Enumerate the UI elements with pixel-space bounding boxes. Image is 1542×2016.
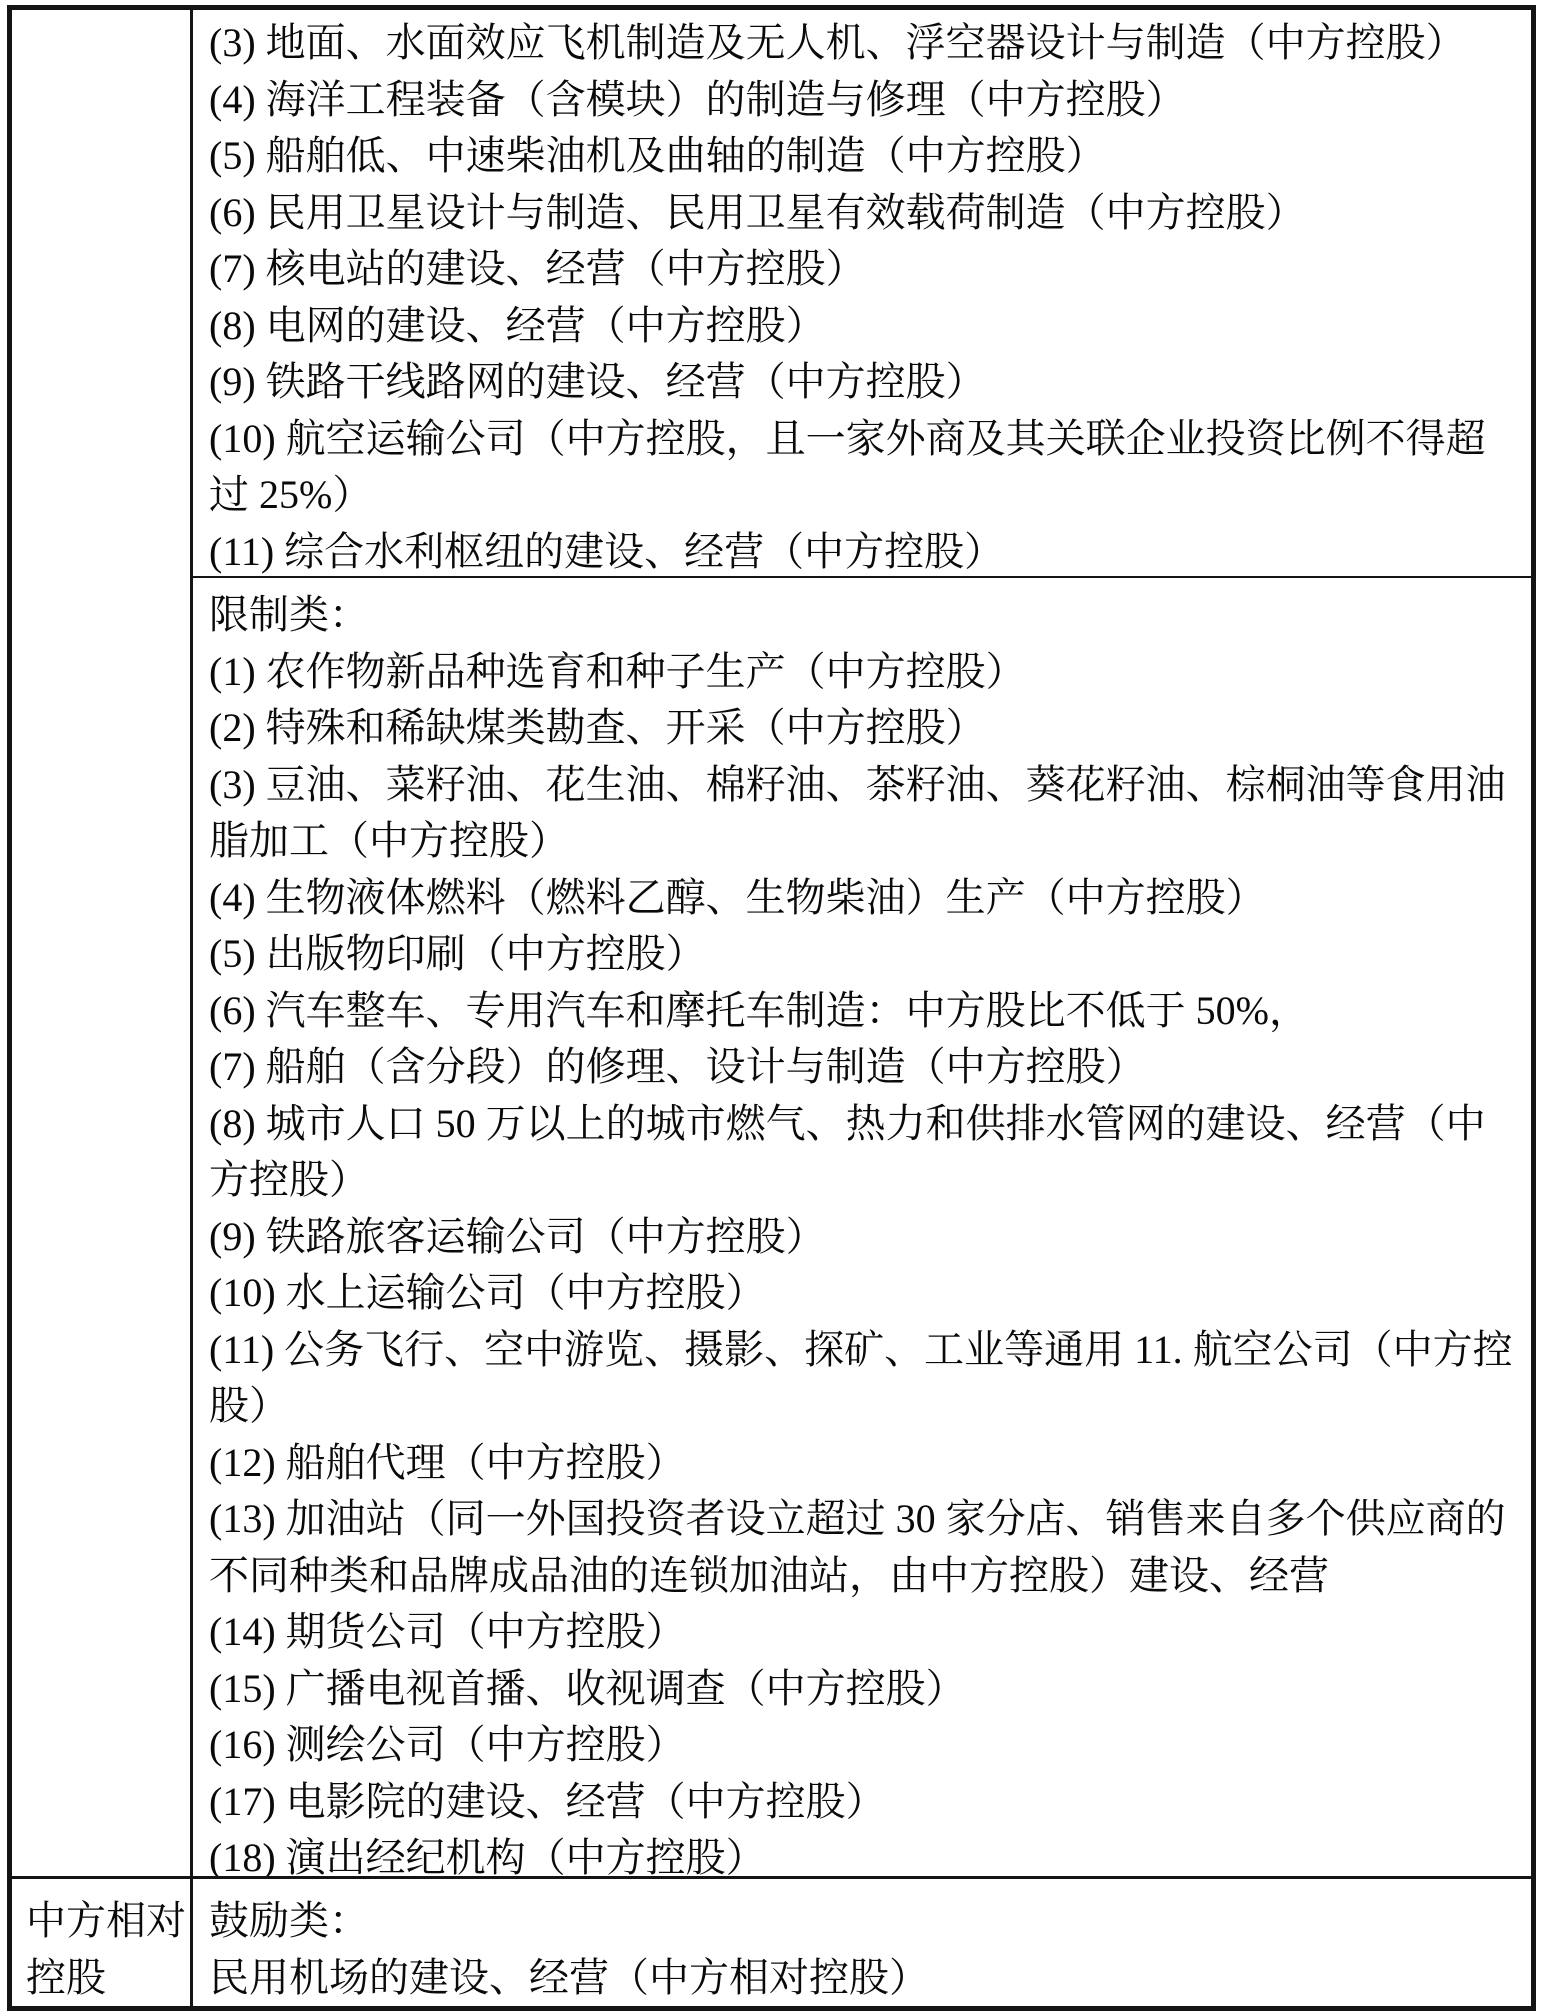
encouraged-category-header: 鼓励类：	[209, 1893, 1515, 1950]
row-label-cell-relative-majority: 中方相对控股	[12, 1879, 193, 2006]
list-item: (5) 出版物印刷（中方控股）	[209, 926, 1515, 983]
row-label-cell-empty	[12, 10, 193, 1879]
list-item: (1) 农作物新品种选育和种子生产（中方控股）	[209, 644, 1515, 701]
list-item: (7) 船舶（含分段）的修理、设计与制造（中方控股）	[209, 1039, 1515, 1096]
list-item: (5) 船舶低、中速柴油机及曲轴的制造（中方控股）	[209, 128, 1515, 185]
list-item: (12) 船舶代理（中方控股）	[209, 1435, 1515, 1492]
list-item: (10) 航空运输公司（中方控股，且一家外商及其关联企业投资比例不得超过 25%…	[209, 411, 1515, 524]
list-item: (11) 综合水利枢纽的建设、经营（中方控股）	[209, 524, 1515, 579]
list-item: (4) 生物液体燃料（燃料乙醇、生物柴油）生产（中方控股）	[209, 870, 1515, 927]
restricted-category-header: 限制类：	[209, 587, 1515, 644]
list-item: (14) 期货公司（中方控股）	[209, 1604, 1515, 1661]
encouraged-category-cell: 鼓励类： 民用机场的建设、经营（中方相对控股）	[193, 1879, 1531, 2006]
row-label-text: 中方相对控股	[26, 1893, 190, 2006]
chinese-majority-items-cell: (3) 地面、水面效应飞机制造及无人机、浮空器设计与制造（中方控股）(4) 海洋…	[193, 10, 1531, 578]
list-item: (6) 汽车整车、专用汽车和摩托车制造：中方股比不低于 50%，	[209, 983, 1515, 1040]
list-item: (7) 核电站的建设、经营（中方控股）	[209, 241, 1515, 298]
list-item: (8) 城市人口 50 万以上的城市燃气、热力和供排水管网的建设、经营（中方控股…	[209, 1096, 1515, 1209]
list-item: (2) 特殊和稀缺煤类勘查、开采（中方控股）	[209, 700, 1515, 757]
document-table: (3) 地面、水面效应飞机制造及无人机、浮空器设计与制造（中方控股）(4) 海洋…	[7, 5, 1536, 2011]
list-item: (9) 铁路干线路网的建设、经营（中方控股）	[209, 354, 1515, 411]
list-item: (18) 演出经纪机构（中方控股）	[209, 1830, 1515, 1879]
list-item: (13) 加油站（同一外国投资者设立超过 30 家分店、销售来自多个供应商的不同…	[209, 1491, 1515, 1604]
list-item: (6) 民用卫星设计与制造、民用卫星有效载荷制造（中方控股）	[209, 185, 1515, 242]
document-page: (3) 地面、水面效应飞机制造及无人机、浮空器设计与制造（中方控股）(4) 海洋…	[0, 0, 1542, 2016]
list-item: (3) 豆油、菜籽油、花生油、棉籽油、茶籽油、葵花籽油、棕桐油等食用油脂加工（中…	[209, 757, 1515, 870]
list-item: (11) 公务飞行、空中游览、摄影、探矿、工业等通用 11. 航空公司（中方控股…	[209, 1322, 1515, 1435]
list-item: (16) 测绘公司（中方控股）	[209, 1717, 1515, 1774]
restricted-category-list: (1) 农作物新品种选育和种子生产（中方控股）(2) 特殊和稀缺煤类勘查、开采（…	[209, 644, 1515, 1880]
list-item: (17) 电影院的建设、经营（中方控股）	[209, 1774, 1515, 1831]
list-item: (3) 地面、水面效应飞机制造及无人机、浮空器设计与制造（中方控股）	[209, 15, 1515, 72]
list-item: (4) 海洋工程装备（含模块）的制造与修理（中方控股）	[209, 72, 1515, 129]
list-item: (15) 广播电视首播、收视调查（中方控股）	[209, 1661, 1515, 1718]
list-item: (10) 水上运输公司（中方控股）	[209, 1265, 1515, 1322]
restricted-category-cell: 限制类： (1) 农作物新品种选育和种子生产（中方控股）(2) 特殊和稀缺煤类勘…	[193, 578, 1531, 1879]
list-item: (8) 电网的建设、经营（中方控股）	[209, 298, 1515, 355]
encouraged-category-item: 民用机场的建设、经营（中方相对控股）	[209, 1950, 1515, 2007]
list-item: (9) 铁路旅客运输公司（中方控股）	[209, 1209, 1515, 1266]
